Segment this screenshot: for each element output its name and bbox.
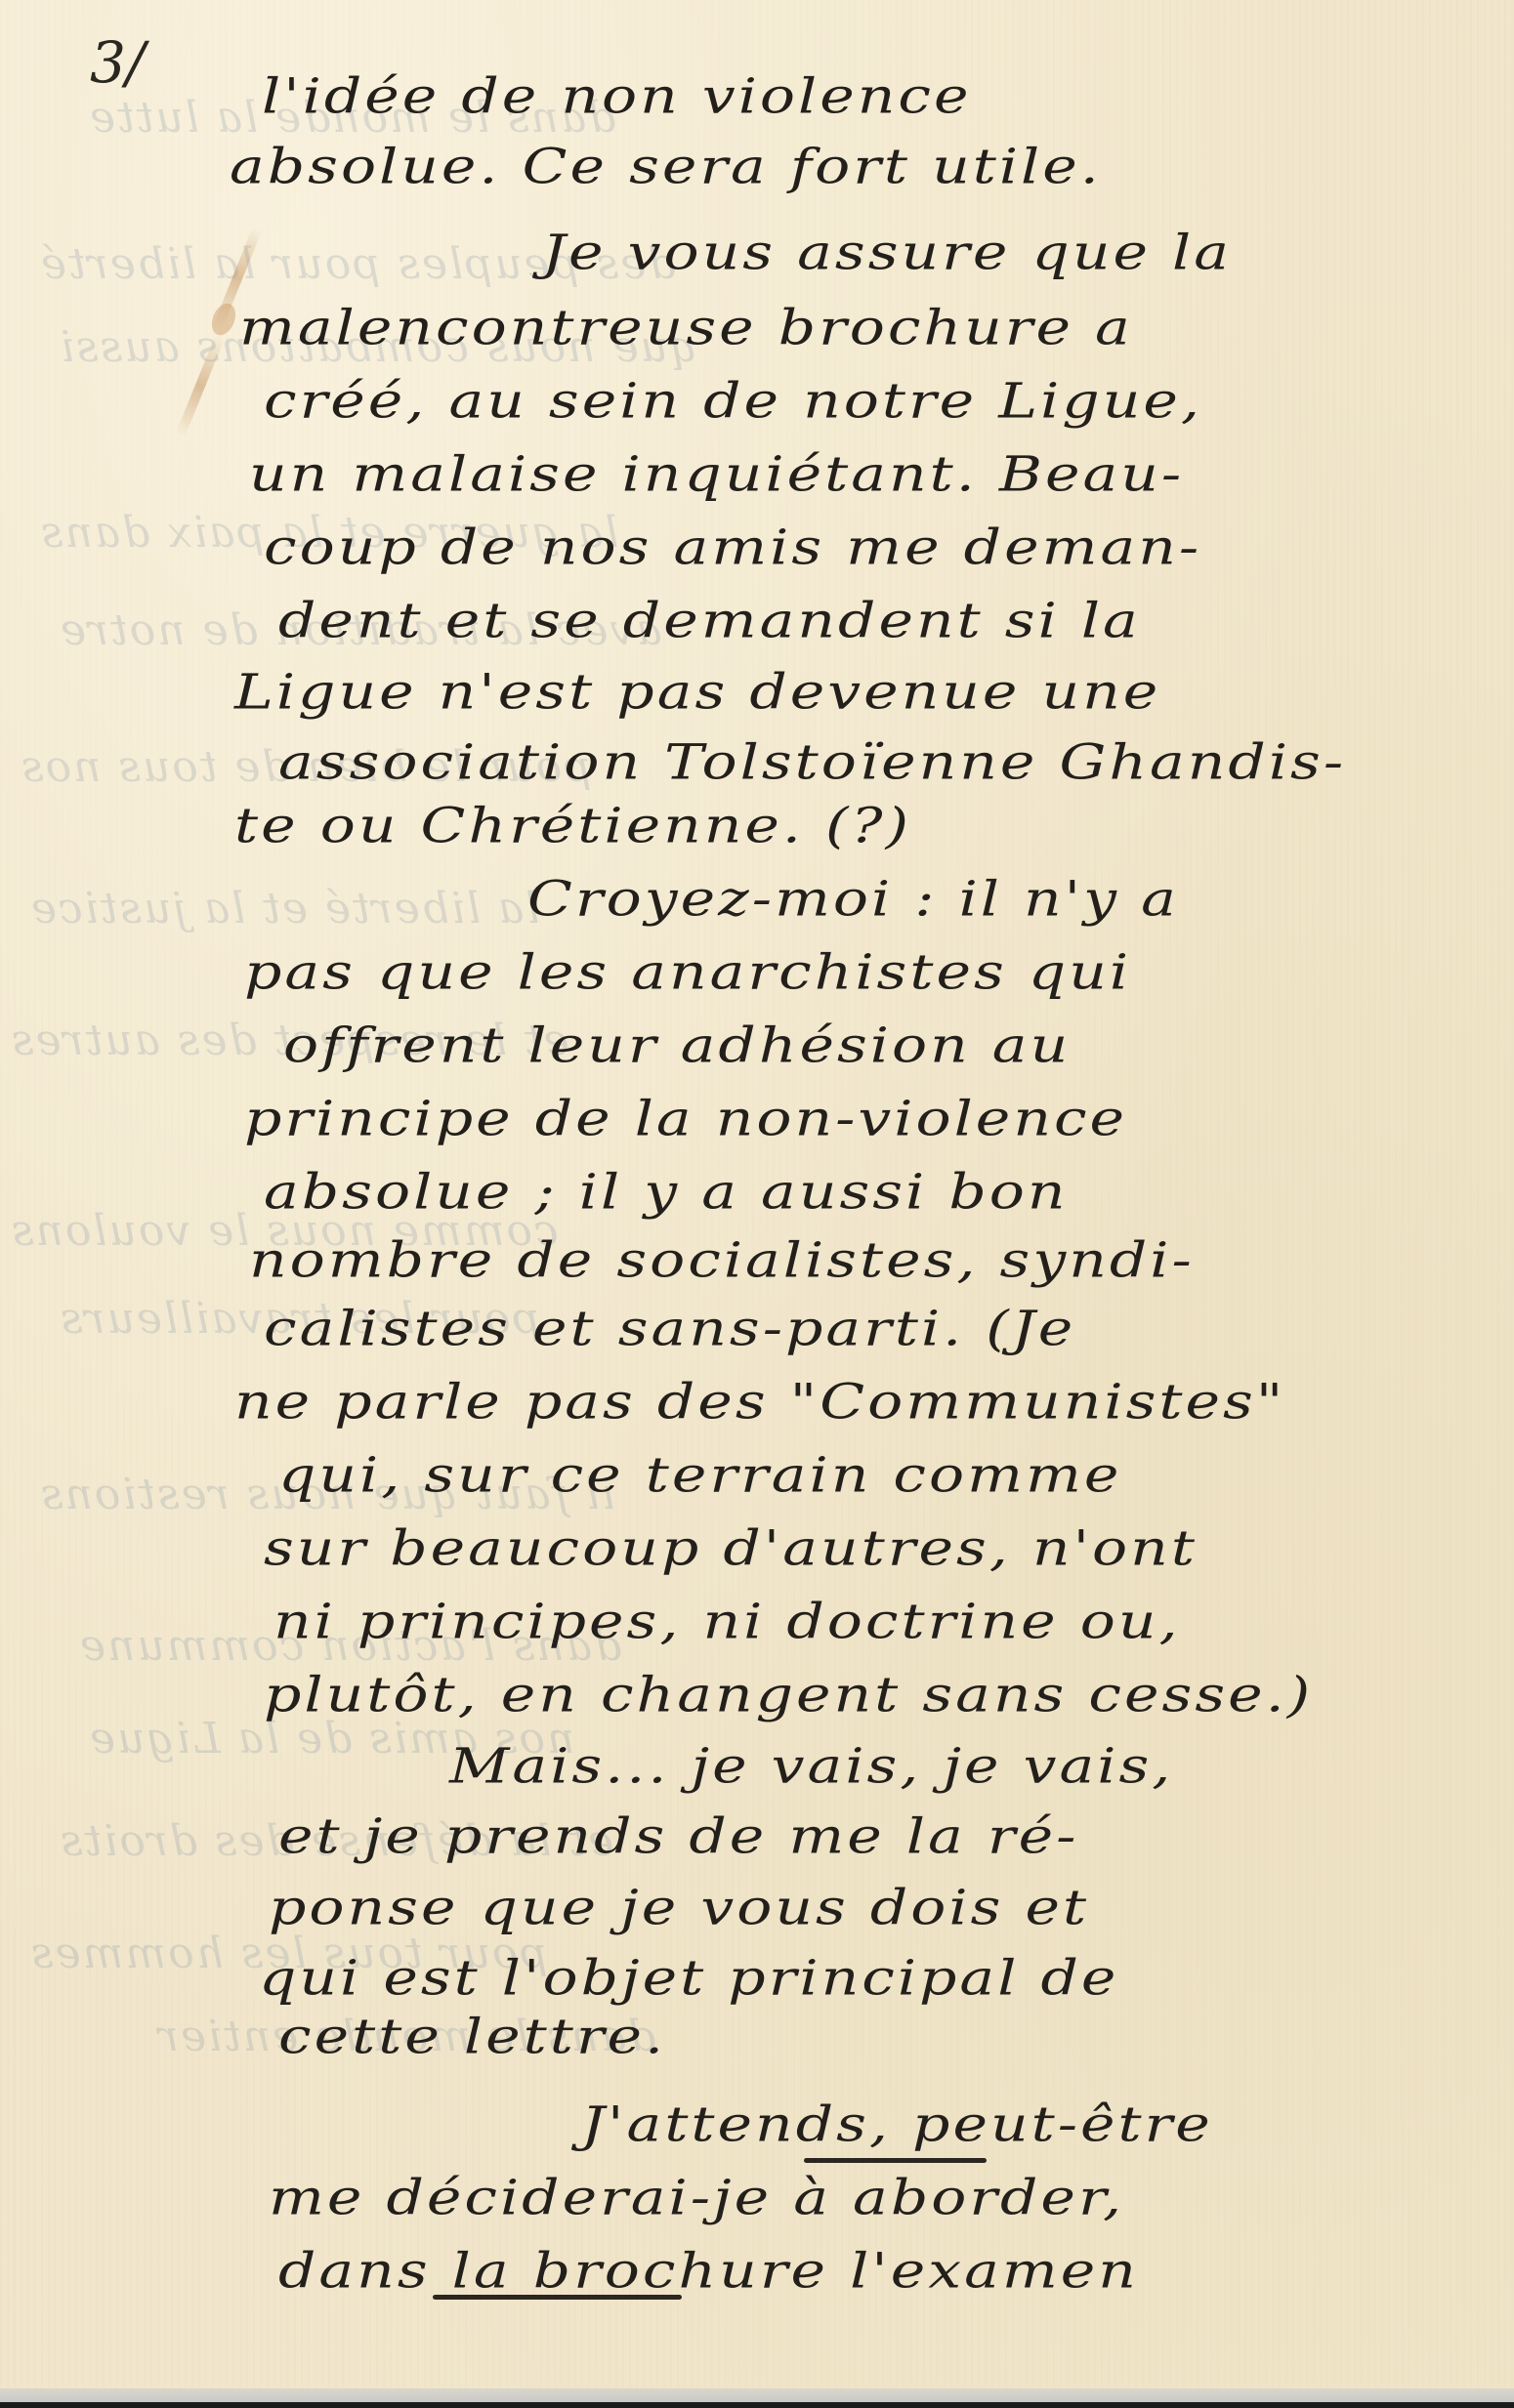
letter-line: qui, sur ce terrain comme	[278, 1448, 1121, 1504]
letter-line: ponse que je vous dois et	[269, 1881, 1089, 1936]
letter-line: principe de la non-violence	[244, 1092, 1127, 1147]
letter-line: dans la brochure l'examen	[278, 2244, 1139, 2300]
show-through-line: la liberté et la justice	[29, 884, 539, 934]
letter-line: un malaise inquiétant. Beau-	[249, 447, 1184, 503]
letter-line: te ou Chrétienne. (?)	[234, 799, 911, 854]
letter-line: absolue. Ce sera fort utile.	[230, 140, 1102, 195]
letter-line: ne parle pas des "Communistes"	[234, 1375, 1285, 1431]
letter-line: ni principes, ni doctrine ou,	[273, 1595, 1181, 1650]
letter-line: malencontreuse brochure a	[239, 301, 1133, 356]
page-number: 3/	[90, 29, 145, 96]
scan-bottom-edge	[0, 2388, 1514, 2402]
letter-line: me déciderai-je à aborder,	[269, 2171, 1124, 2226]
letter-line: qui est l'objet principal de	[259, 1951, 1118, 2007]
letter-line: J'attends, peut-être	[581, 2097, 1213, 2153]
letter-line: Ligue n'est pas devenue une	[234, 665, 1160, 721]
letter-line: calistes et sans-parti. (Je	[264, 1302, 1075, 1357]
underline-attends	[804, 2158, 987, 2163]
letter-line: coup de nos amis me deman-	[264, 520, 1201, 576]
letter-line: absolue ; il y a aussi bon	[264, 1165, 1069, 1221]
letter-paper: dans le monde la luttedes peuples pour l…	[0, 0, 1514, 2388]
letter-line: Mais... je vais, je vais,	[449, 1739, 1173, 1795]
letter-line: pas que les anarchistes qui	[244, 945, 1131, 1001]
letter-line: Croyez-moi : il n'y a	[527, 872, 1179, 928]
letter-line: nombre de socialistes, syndi-	[249, 1233, 1195, 1289]
letter-line: l'idée de non violence	[262, 69, 972, 125]
letter-line: cette lettre.	[278, 2010, 666, 2065]
underline-brochure	[433, 2295, 682, 2300]
letter-line: association Tolstoïenne Ghandis-	[278, 735, 1346, 791]
letter-line: offrent leur adhésion au	[283, 1018, 1071, 1074]
letter-line: sur beaucoup d'autres, n'ont	[264, 1521, 1198, 1577]
letter-line: plutôt, en changent sans cesse.)	[264, 1668, 1313, 1723]
letter-line: créé, au sein de notre Ligue,	[264, 374, 1202, 430]
letter-line: Je vous assure que la	[542, 226, 1232, 281]
letter-line: et je prends de me la ré-	[278, 1809, 1078, 1865]
paper-stain-streak	[176, 334, 225, 437]
scan-border	[0, 2402, 1514, 2408]
letter-line: dent et se demandent si la	[278, 594, 1141, 649]
